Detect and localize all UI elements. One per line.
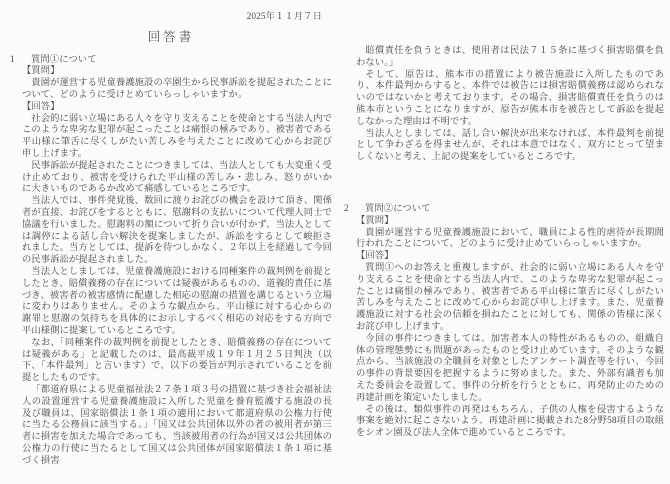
answer-paragraph: 当法人としましては、児童養護施設における同種案件の裁判例を前提としたとき、賠償義… bbox=[22, 267, 332, 338]
section-2-number: 2 bbox=[344, 204, 354, 216]
question-text: 貴園が運営する児童養護施設において、職員による性的虐待が長期間行われたことについ… bbox=[356, 228, 664, 252]
section-2-title: 質問②について bbox=[365, 204, 431, 214]
section-1-number: 1 bbox=[10, 55, 20, 67]
scanned-document-page: 2025年１１月７日 回答書 1質問①について 【質問】 貴園が運営する児童養護… bbox=[0, 0, 670, 484]
answer-paragraph: 当法人では、事件発覚後、数回に渡りお詫びの機会を設けて頂き、関係者が直接、お詫び… bbox=[22, 196, 332, 267]
section-1-body-continued: 賠償責任を負うときは、使用者は民法７１５条に基づく損害賠償を負わない。」 そして… bbox=[356, 46, 664, 164]
section-2-heading: 2質問②について bbox=[344, 204, 664, 216]
section-2: 2質問②について 【質問】 貴園が運営する児童養護施設において、職員による性的虐… bbox=[344, 204, 664, 440]
document-date: 2025年１１月７日 bbox=[10, 0, 332, 24]
answer-paragraph: 質問①へのお答えと重複しますが、社会的に弱い立場にある人々を守り支えることを使命… bbox=[356, 263, 664, 334]
section-1-body: 【質問】 貴園が運営する児童養護施設の卒園生から民事訴訟を提起されたことについて… bbox=[22, 66, 332, 467]
left-column: 2025年１１月７日 回答書 1質問①について 【質問】 貴園が運営する児童養護… bbox=[10, 0, 332, 467]
question-label: 【質問】 bbox=[356, 216, 664, 228]
question-text: 貴園が運営する児童養護施設の卒園生から民事訴訟を提起されたことについて、どのよう… bbox=[22, 78, 332, 102]
answer-paragraph: そして、原告は、熊本市の措置により被告施設に入所したものであり、本件最判からする… bbox=[356, 70, 664, 129]
answer-paragraph-continuation: 賠償責任を負うときは、使用者は民法７１５条に基づく損害賠償を負わない。」 bbox=[356, 46, 664, 70]
section-2-body: 【質問】 貴園が運営する児童養護施設において、職員による性的虐待が長期間行われた… bbox=[356, 216, 664, 440]
document-title: 回答書 bbox=[10, 32, 332, 44]
answer-paragraph: 当法人としましては、話し合い解決が出来なければ、本件最判を前提として争わざるを得… bbox=[356, 129, 664, 164]
section-1-title: 質問①について bbox=[31, 55, 97, 65]
answer-label: 【回答】 bbox=[22, 102, 332, 114]
answer-paragraph-quote: 「都道府県による児童福祉法２７条１項３号の措置に基づき社会福祉法人の設置運営する… bbox=[22, 385, 332, 468]
answer-paragraph: 今回の事件につきましては、加害者本人の特性があるものの、組織自体の管理態勢にも問… bbox=[356, 334, 664, 405]
answer-paragraph: 社会的に弱い立場にある人々を守り支えることを使命とする当法人内でこのような卑劣な… bbox=[22, 114, 332, 161]
answer-label: 【回答】 bbox=[356, 251, 664, 263]
section-1-heading: 1質問①について bbox=[10, 55, 332, 67]
answer-paragraph: なお、「同種案件の裁判例を前提としたとき、賠償義務の存在については疑義がある」と… bbox=[22, 338, 332, 385]
section-1: 1質問①について 【質問】 貴園が運営する児童養護施設の卒園生から民事訴訟を提起… bbox=[10, 55, 332, 468]
answer-paragraph: 民事訴訟が提起されたことにつきましては、当法人としても大変重く受け止めており、被… bbox=[22, 161, 332, 196]
question-label: 【質問】 bbox=[22, 66, 332, 78]
right-column: 賠償責任を負うときは、使用者は民法７１５条に基づく損害賠償を負わない。」 そして… bbox=[344, 46, 664, 440]
answer-paragraph: その後は、類似事件の再発はもちろん、子供の人権を侵害するような事案を絶対に起こさ… bbox=[356, 405, 664, 440]
